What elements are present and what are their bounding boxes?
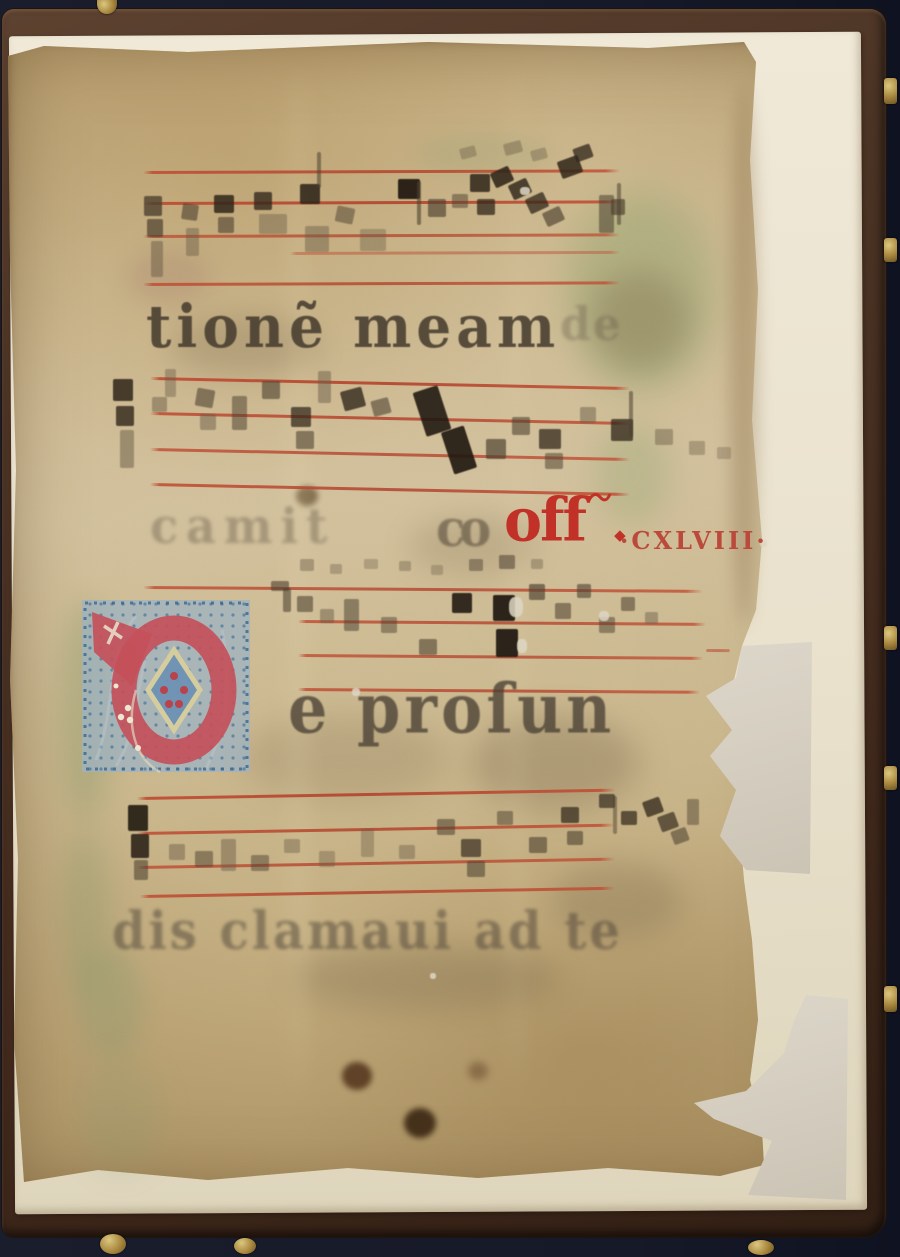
neume <box>360 229 386 251</box>
staff-line <box>150 377 630 390</box>
neume <box>645 612 658 624</box>
damage-speck <box>520 187 530 195</box>
neume <box>399 845 415 859</box>
staff-line <box>140 887 615 898</box>
neume <box>284 839 300 853</box>
illuminated-initial-d <box>76 590 256 785</box>
ink-layer: off ◆ ·CXLVIII· tionẽ meamdecamitcoe pro… <box>0 0 900 1257</box>
neume <box>417 181 421 225</box>
neume <box>629 391 633 437</box>
brass-stud <box>884 986 897 1012</box>
neume <box>120 430 134 468</box>
neume <box>116 406 134 426</box>
neume <box>419 639 437 655</box>
neume <box>340 386 366 411</box>
neume <box>529 584 545 600</box>
brass-knob <box>100 1234 126 1254</box>
neume <box>477 199 495 215</box>
neume <box>320 609 334 623</box>
neume <box>687 799 699 825</box>
neume <box>413 385 452 437</box>
neume <box>330 564 342 574</box>
rubric-offertory: off ◆ <box>504 492 626 546</box>
staff-line <box>137 824 615 835</box>
neume <box>144 196 162 216</box>
neume <box>221 839 236 871</box>
neume <box>499 555 515 569</box>
neume <box>452 194 468 208</box>
neume <box>169 844 185 860</box>
neume <box>428 199 446 217</box>
neume <box>452 593 472 613</box>
neume <box>296 431 314 449</box>
brass-knob <box>234 1238 256 1254</box>
neume <box>470 174 490 192</box>
stain <box>78 948 144 1058</box>
neume <box>441 425 477 474</box>
damage-speck <box>599 611 609 621</box>
neume <box>147 219 163 237</box>
brass-stud <box>884 766 897 790</box>
neume <box>469 559 483 571</box>
stain <box>468 1062 488 1080</box>
neume <box>542 206 566 228</box>
neume <box>497 811 513 825</box>
neume <box>291 407 311 427</box>
neume <box>437 819 455 835</box>
staff-line <box>143 169 620 173</box>
neume <box>218 217 234 233</box>
neume <box>305 226 329 252</box>
neume <box>617 183 621 225</box>
neume <box>496 629 518 657</box>
neume <box>381 617 397 633</box>
neume <box>200 414 216 430</box>
stain <box>80 1060 160 1170</box>
neume <box>259 214 287 234</box>
neume <box>335 205 356 224</box>
neume <box>655 429 673 445</box>
manuscript-text-line-1: tionẽ meam <box>146 294 560 359</box>
neume <box>283 588 291 612</box>
neume <box>717 447 731 459</box>
manuscript-text-line-2-showthrough: camit <box>150 500 335 553</box>
neume <box>467 861 485 877</box>
staff-line <box>150 412 630 425</box>
neume <box>297 596 313 612</box>
brass-knob <box>748 1240 774 1255</box>
neume <box>461 839 481 857</box>
neume <box>689 441 705 455</box>
manuscript-text-line-4: dis clamaui ad te <box>112 903 623 961</box>
rubric-off-label: off <box>504 492 585 549</box>
damage-speck <box>517 639 527 653</box>
abbreviation-flourish <box>586 488 612 510</box>
neume <box>262 381 280 399</box>
neume <box>318 371 331 403</box>
neume <box>152 397 167 412</box>
manuscript-photo: off ◆ ·CXLVIII· tionẽ meamdecamitcoe pro… <box>0 0 900 1257</box>
neume <box>344 599 359 631</box>
neume <box>512 417 530 435</box>
neume <box>621 597 635 611</box>
neume <box>561 807 579 823</box>
neume <box>131 834 149 858</box>
neume <box>364 559 378 569</box>
damage-speck <box>509 597 523 617</box>
neume <box>572 143 594 162</box>
neume <box>361 829 374 857</box>
manuscript-text-line-3: e proſun <box>288 672 615 747</box>
neume <box>254 192 272 210</box>
neume <box>577 584 591 598</box>
neume <box>113 379 133 401</box>
neume <box>232 396 247 430</box>
neume <box>539 429 561 449</box>
neume <box>399 561 411 571</box>
neume <box>670 827 690 846</box>
stain <box>404 1108 436 1138</box>
brass-stud <box>884 238 897 262</box>
stain <box>342 1062 372 1090</box>
neume <box>529 837 547 853</box>
neume <box>151 241 163 277</box>
neume <box>580 407 596 423</box>
manuscript-text-line-2-showthrough-2: co <box>436 502 485 557</box>
neume <box>567 831 583 845</box>
neume <box>195 851 213 867</box>
neume <box>195 388 216 409</box>
neume <box>319 851 335 867</box>
brass-stud <box>884 626 897 650</box>
neume <box>486 439 506 459</box>
neume <box>251 855 269 871</box>
neume <box>300 559 314 571</box>
neume <box>531 559 543 569</box>
neume <box>186 228 199 256</box>
neume <box>181 203 199 221</box>
neume <box>134 860 148 880</box>
neume <box>555 603 571 619</box>
brass-dome <box>97 0 117 14</box>
neume <box>530 147 548 162</box>
manuscript-text-line-1-showthrough: de <box>560 300 623 351</box>
neume <box>165 369 176 397</box>
staff-line <box>706 649 730 652</box>
neume <box>545 453 563 469</box>
damage-speck <box>430 973 436 979</box>
neume <box>128 805 148 831</box>
neume <box>621 811 637 825</box>
brass-stud <box>884 78 897 104</box>
neume <box>214 195 234 213</box>
neume <box>317 152 321 188</box>
neume <box>431 565 443 575</box>
neume <box>642 796 664 817</box>
neume <box>370 397 392 417</box>
folio-number: ·CXLVIII· <box>620 526 768 555</box>
neume <box>613 796 617 834</box>
staff-line <box>143 281 620 285</box>
